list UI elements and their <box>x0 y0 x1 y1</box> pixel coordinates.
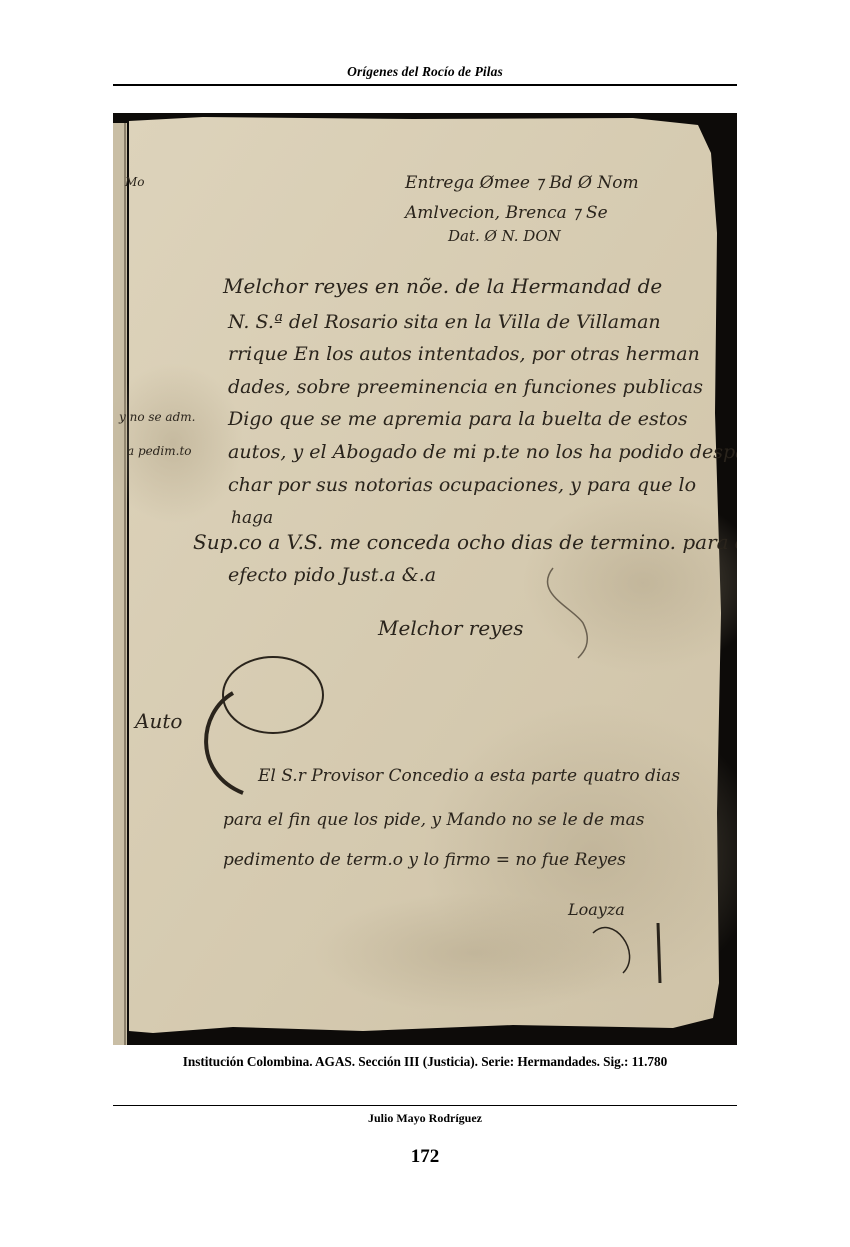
svg-text:Digo que se me apremia para la: Digo que se me apremia para la buelta de… <box>227 408 688 430</box>
svg-text:para el fin que los pide, y Ma: para el fin que los pide, y Mando no se … <box>223 810 645 830</box>
svg-text:a pedim.to: a pedim.to <box>127 444 192 458</box>
header-rule <box>113 84 737 86</box>
svg-text:El S.r Provisor Concedio a est: El S.r Provisor Concedio a esta parte qu… <box>257 766 680 786</box>
page-number: 172 <box>113 1146 737 1168</box>
svg-text:y no se adm.: y no se adm. <box>118 410 195 424</box>
footer-rule <box>113 1105 737 1106</box>
manuscript-photo: Entrega Ømee ⁊ Bd Ø Nom Amlvecion, Brenc… <box>113 113 737 1045</box>
svg-text:char por sus notorias ocupacio: char por sus notorias ocupaciones, y par… <box>228 474 696 496</box>
svg-text:rrique En los autos intentados: rrique En los autos intentados, por otra… <box>228 343 700 365</box>
svg-text:Melchor reyes: Melchor reyes <box>377 616 524 640</box>
svg-text:Amlvecion, Brenca ⁊ Se: Amlvecion, Brenca ⁊ Se <box>403 203 608 223</box>
svg-text:Melchor reyes en nõe. de la He: Melchor reyes en nõe. de la Hermandad de <box>222 274 662 298</box>
svg-text:Mo: Mo <box>124 175 145 189</box>
svg-text:autos, y el Abogado de mi p.te: autos, y el Abogado de mi p.te no los ha… <box>228 441 737 463</box>
figure-caption: Institución Colombina. AGAS. Sección III… <box>113 1054 737 1070</box>
running-header: Orígenes del Rocío de Pilas <box>113 64 737 80</box>
svg-text:Dat. Ø N. DON: Dat. Ø N. DON <box>447 227 562 245</box>
svg-text:Entrega Ømee ⁊ Bd Ø Nom: Entrega Ømee ⁊ Bd Ø Nom <box>404 173 639 193</box>
svg-text:pedimento de term.o y lo firmo: pedimento de term.o y lo firmo = no fue … <box>223 850 626 870</box>
svg-text:Auto: Auto <box>133 709 182 733</box>
svg-text:efecto pido Just.a &.a: efecto pido Just.a &.a <box>228 564 436 586</box>
svg-text:dades, sobre preeminencia en f: dades, sobre preeminencia en funciones p… <box>228 376 703 398</box>
svg-text:haga: haga <box>231 508 273 528</box>
author-name: Julio Mayo Rodríguez <box>113 1111 737 1126</box>
svg-text:Loayza: Loayza <box>567 900 625 919</box>
svg-text:Sup.co a V.S. me conceda ocho: Sup.co a V.S. me conceda ocho dias de te… <box>193 530 737 554</box>
svg-text:N. S.ª del Rosario sita en la: N. S.ª del Rosario sita en la Villa de V… <box>227 311 661 333</box>
